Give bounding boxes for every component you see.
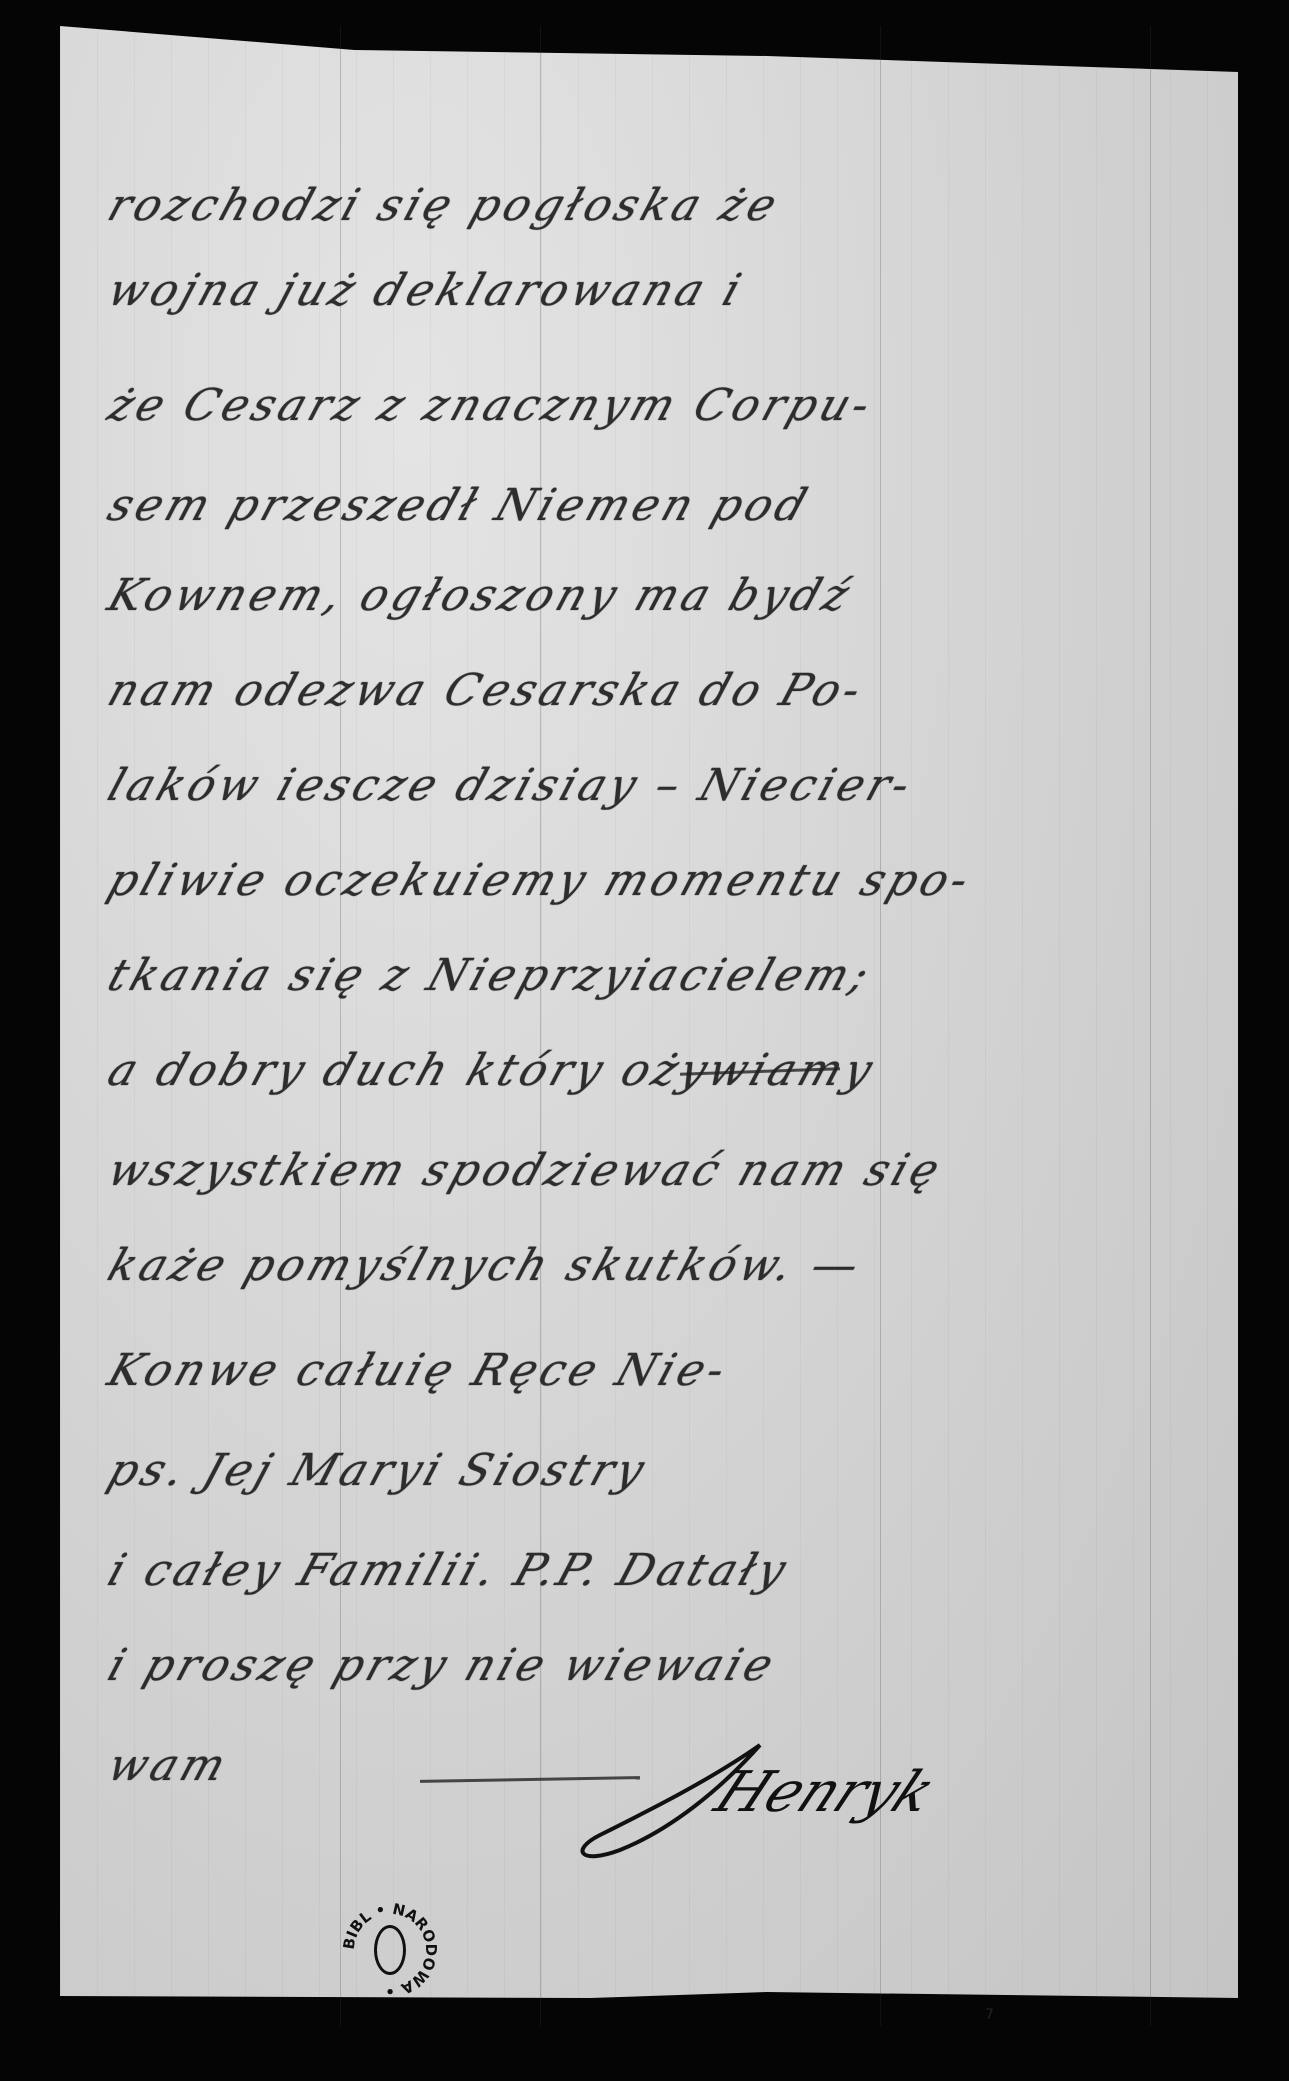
handwritten-line: ps. Jej Maryi Siostry	[102, 1445, 1199, 1496]
paper-fold-line	[880, 26, 881, 2026]
page-mark: 7	[985, 2007, 994, 2023]
handwritten-line: wszystkiem spodziewać nam się	[102, 1145, 1199, 1196]
handwritten-line: tkania się z Nieprzyiacielem;	[102, 950, 1199, 1001]
paper-fold-line	[540, 26, 541, 2026]
handwritten-line: nam odezwa Cesarska do Po-	[102, 665, 1199, 716]
handwritten-line: każe pomyślnych skutków. —	[102, 1240, 1199, 1291]
svg-text:BIBL • NARODOWA •: BIBL • NARODOWA •	[340, 1900, 440, 2000]
handwritten-line: a dobry duch który ożywiamy	[102, 1045, 1199, 1096]
paper-fold-line	[1150, 26, 1151, 2026]
handwritten-line: i całey Familii. P.P. Datały	[102, 1545, 1199, 1596]
handwritten-line: sem przeszedł Niemen pod	[102, 480, 1199, 531]
paper-fold-line	[340, 26, 341, 2026]
library-stamp: BIBL • NARODOWA •	[340, 1900, 440, 2000]
stamp-ring-text: BIBL • NARODOWA •	[340, 1900, 440, 2000]
handwritten-line: wojna już deklarowana i	[102, 265, 1199, 316]
handwritten-line: pliwie oczekuiemy momentu spo-	[102, 855, 1199, 906]
handwritten-line: laków iescze dzisiay – Niecier-	[102, 760, 1199, 811]
handwritten-line: Kownem, ogłoszony ma bydź	[102, 570, 1199, 621]
signature: Henryk	[705, 1760, 946, 1825]
handwritten-line: Konwe całuię Ręce Nie-	[102, 1345, 1199, 1396]
handwritten-line: że Cesarz z znacznym Corpu-	[102, 380, 1199, 431]
manuscript-page	[60, 26, 1238, 2026]
handwritten-line: rozchodzi się pogłoska że	[102, 180, 1199, 231]
handwritten-line: i proszę przy nie wiewaie	[102, 1640, 1199, 1691]
